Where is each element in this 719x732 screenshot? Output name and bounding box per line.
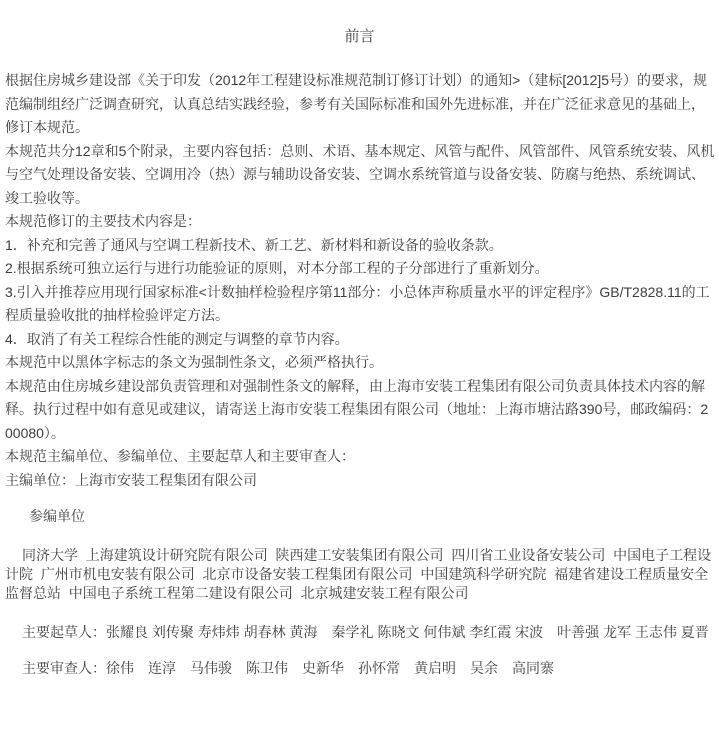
paragraph-revision-intro: 本规范修订的主要技术内容是：	[5, 210, 715, 234]
main-drafters-line: 主要起草人：张耀良 刘传聚 寿炜炜 胡春林 黄海 秦学礼 陈晓文 何伟斌 李红霞…	[5, 623, 715, 642]
page-title: 前言	[0, 0, 719, 69]
paragraph-credits-intro: 本规范主编单位、参编单位、主要起草人和主要审查人：	[5, 445, 715, 469]
paragraph-revision-item-1: 1．补充和完善了通风与空调工程新技术、新工艺、新材料和新设备的验收条款。	[5, 234, 715, 258]
paragraph-chief-editor: 主编单位：上海市安装工程集团有限公司	[5, 469, 715, 493]
main-reviewers-line: 主要审查人：徐伟 连淳 马伟骏 陈卫伟 史新华 孙怀常 黄启明 吴余 高同寨	[5, 659, 715, 678]
paragraph-basis: 根据住房城乡建设部《关于印发（2012年工程建设标准规范制订修订计划）的通知>（…	[5, 69, 715, 140]
paragraph-contents: 本规范共分12章和5个附录，主要内容包括：总则、术语、基本规定、风管与配件、风管…	[5, 140, 715, 211]
paragraph-administration: 本规范由住房城乡建设部负责管理和对强制性条文的解释，由上海市安装工程集团有限公司…	[5, 375, 715, 446]
paragraph-revision-item-3: 3.引入并推荐应用现行国家标准<计数抽样检验程序第11部分：小总体声称质量水平的…	[5, 281, 715, 328]
participating-units-label: 参编单位	[5, 507, 715, 526]
participating-units-list: 同济大学 上海建筑设计研究院有限公司 陕西建工安装集团有限公司 四川省工业设备安…	[5, 546, 715, 603]
paragraph-revision-item-2: 2.根据系统可独立运行与进行功能验证的原则，对本分部工程的子分部进行了重新划分。	[5, 257, 715, 281]
paragraph-mandatory-note: 本规范中以黑体字标志的条文为强制性条文，必须严格执行。	[5, 351, 715, 375]
credits-section: 参编单位 同济大学 上海建筑设计研究院有限公司 陕西建工安装集团有限公司 四川省…	[0, 507, 719, 678]
document-page: 前言 根据住房城乡建设部《关于印发（2012年工程建设标准规范制订修订计划）的通…	[0, 0, 719, 732]
paragraph-revision-item-4: 4．取消了有关工程综合性能的测定与调整的章节内容。	[5, 328, 715, 352]
preface-body: 根据住房城乡建设部《关于印发（2012年工程建设标准规范制订修订计划）的通知>（…	[0, 69, 719, 492]
